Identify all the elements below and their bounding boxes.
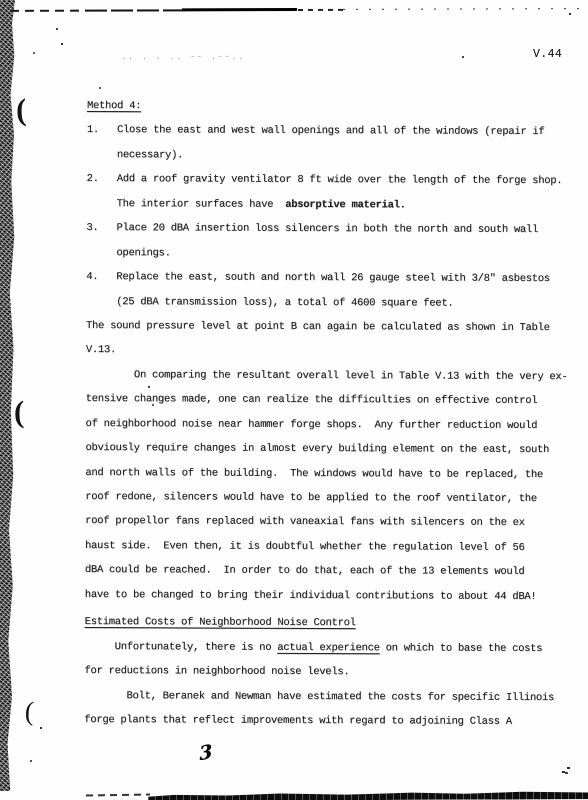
- list-item-line: 1. Close the east and west wall openings…: [87, 118, 588, 145]
- body-text: Unfortunately, there is no: [85, 641, 278, 654]
- body-line: Unfortunately, there is no actual experi…: [85, 635, 586, 662]
- body-line: On comparing the resultant overall level…: [86, 363, 587, 390]
- scan-specks: [0, 0, 2, 2]
- body-line: roof propellor fans replaced with vaneax…: [85, 509, 586, 536]
- list-item-line: openings.: [86, 241, 587, 268]
- body-line: obviously require changes in almost ever…: [85, 436, 586, 463]
- list-item-line: 4. Replace the east, south and north wal…: [86, 265, 587, 292]
- scan-bottom-band: [148, 790, 588, 800]
- faded-header-fragment: .. . . .. -- .--..: [121, 52, 245, 62]
- list-item-line: The interior surfaces have absorptive ma…: [86, 192, 587, 219]
- body-line: tensive changes made, one can realize th…: [86, 387, 587, 414]
- body-text: on which to base the costs: [380, 642, 543, 655]
- body-line: have to be changed to bring their indivi…: [85, 583, 586, 610]
- scan-mark-bottom-right: [562, 771, 565, 773]
- page-reference: V.44: [533, 48, 562, 61]
- list-item-line: 2. Add a roof gravity ventilator 8 ft wi…: [87, 167, 588, 194]
- body-line: and north walls of the building. The win…: [85, 461, 586, 488]
- scan-top-rule: [10, 7, 588, 14]
- list-item-line: 3. Place 20 dBA insertion loss silencers…: [86, 216, 587, 243]
- body-line: haust side. Even then, it is doubtful wh…: [85, 534, 586, 561]
- body-line: V.13.: [86, 338, 587, 365]
- section-heading-estimated-costs: Estimated Costs of Neighborhood Noise Co…: [85, 610, 586, 637]
- underlined-text: actual experience: [277, 641, 379, 653]
- body-line: for reductions in neighborhood noise lev…: [84, 659, 585, 686]
- body-line: roof redone, silencers would have to be …: [85, 485, 586, 512]
- margin-mark: (: [14, 396, 25, 427]
- handwritten-page-number: 3: [198, 741, 212, 766]
- body-line: The sound pressure level at point B can …: [86, 314, 587, 341]
- body-line: Bolt, Beranek and Newman have estimated …: [84, 683, 585, 710]
- body-line: dBA could be reached. In order to do tha…: [85, 558, 586, 585]
- section-heading-method-4: Method 4:: [87, 94, 588, 121]
- list-item-line: (25 dBA transmission loss), a total of 4…: [86, 289, 587, 316]
- scan-bottom-band-tail: [86, 793, 150, 796]
- list-item-line: necessary).: [87, 143, 588, 170]
- scanned-document-page: V.44 .. . . .. -- .--.. ( ( ( Method 4: …: [0, 0, 588, 800]
- body-text: The interior surfaces have: [86, 198, 285, 211]
- margin-mark: (: [24, 698, 34, 725]
- margin-mark: (: [15, 94, 26, 125]
- body-line: forge plants that reflect improvements w…: [84, 708, 585, 735]
- emphasized-text: absorptive material.: [285, 199, 405, 212]
- body-line: of neighborhood noise near hammer forge …: [86, 412, 587, 439]
- document-text: Method 4: 1. Close the east and west wal…: [84, 94, 588, 735]
